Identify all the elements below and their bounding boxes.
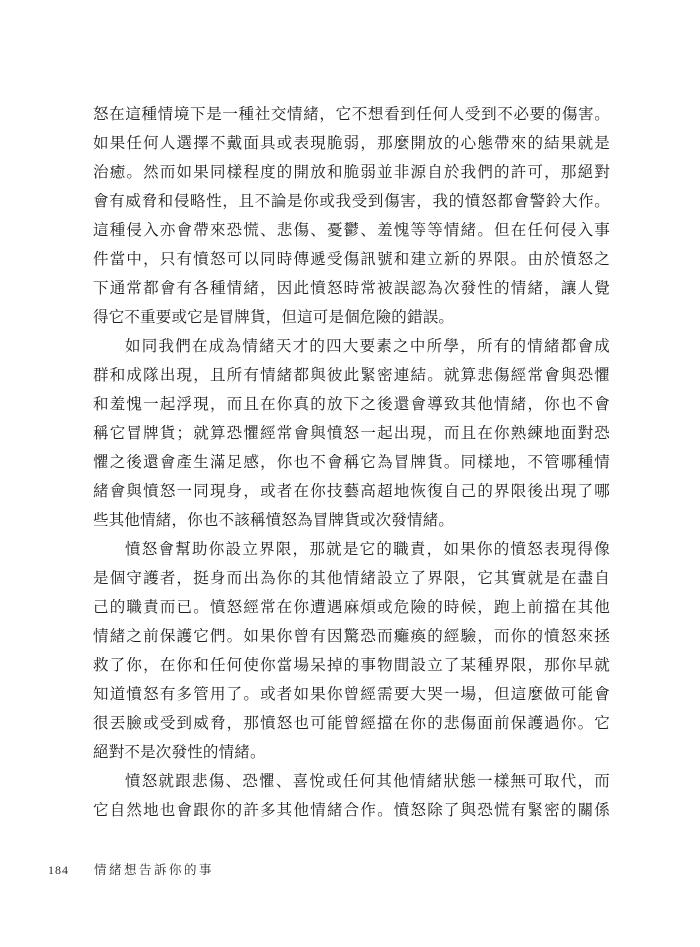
body-line-22: 很丟臉或受到威脅，那憤怒也可能曾經擋在你的悲傷面前保護過你。它 bbox=[93, 709, 610, 738]
page-footer: 184 情緒想告訴你的事 bbox=[0, 862, 700, 882]
body-line-16: 憤怒會幫助你設立界限，那就是它的職責，如果你的憤怒表現得像 bbox=[93, 535, 610, 564]
body-line-25: 它自然地也會跟你的許多其他情緒合作。憤怒除了與恐慌有緊密的關係 bbox=[93, 796, 610, 825]
body-line-7: 下通常都會有各種情緒，因此憤怒時常被誤認為次發性的情緒，讓人覺 bbox=[93, 274, 610, 303]
body-line-20: 救了你，在你和任何使你當場呆掉的事物間設立了某種界限，那你早就 bbox=[93, 651, 610, 680]
page-number: 184 bbox=[48, 862, 69, 878]
body-line-10: 群和成隊出現，且所有情緒都與彼此緊密連結。就算悲傷經常會與恐懼 bbox=[93, 361, 610, 390]
body-line-23: 絕對不是次發性的情緒。 bbox=[93, 738, 610, 767]
body-line-3: 治癒。然而如果同樣程度的開放和脆弱並非源自於我們的許可，那絕對 bbox=[93, 158, 610, 187]
body-line-15: 些其他情緒，你也不該稱憤怒為冒牌貨或次發情緒。 bbox=[93, 506, 610, 535]
body-line-21: 知道憤怒有多管用了。或者如果你曾經需要大哭一場，但這麼做可能會 bbox=[93, 680, 610, 709]
body-line-6: 件當中，只有憤怒可以同時傳遞受傷訊號和建立新的界限。由於憤怒之 bbox=[93, 245, 610, 274]
body-line-9: 如同我們在成為情緒天才的四大要素之中所學，所有的情緒都會成 bbox=[93, 332, 610, 361]
body-line-5: 這種侵入亦會帶來恐慌、悲傷、憂鬱、羞愧等等情緒。但在任何侵入事 bbox=[93, 216, 610, 245]
body-line-17: 是個守護者，挺身而出為你的其他情緒設立了界限，它其實就是在盡自 bbox=[93, 564, 610, 593]
body-line-11: 和羞愧一起浮現，而且在你真的放下之後還會導致其他情緒，你也不會 bbox=[93, 390, 610, 419]
running-title: 情緒想告訴你的事 bbox=[94, 862, 214, 878]
body-line-1: 怒在這種情境下是一種社交情緒，它不想看到任何人受到不必要的傷害。 bbox=[93, 100, 610, 129]
body-text: 怒在這種情境下是一種社交情緒，它不想看到任何人受到不必要的傷害。 如果任何人選擇… bbox=[93, 100, 610, 825]
body-line-18: 己的職責而已。憤怒經常在你遭遇麻煩或危險的時候，跑上前擋在其他 bbox=[93, 593, 610, 622]
body-line-14: 緒會與憤怒一同現身，或者在你技藝高超地恢復自己的界限後出現了哪 bbox=[93, 477, 610, 506]
body-line-4: 會有威脅和侵略性，且不論是你或我受到傷害，我的憤怒都會警鈴大作。 bbox=[93, 187, 610, 216]
book-page: 怒在這種情境下是一種社交情緒，它不想看到任何人受到不必要的傷害。 如果任何人選擇… bbox=[0, 0, 700, 947]
body-line-19: 情緒之前保護它們。如果你曾有因驚恐而癱瘓的經驗，而你的憤怒來拯 bbox=[93, 622, 610, 651]
body-line-8: 得它不重要或它是冒牌貨，但這可是個危險的錯誤。 bbox=[93, 303, 610, 332]
body-line-13: 懼之後還會產生滿足感，你也不會稱它為冒牌貨。同樣地，不管哪種情 bbox=[93, 448, 610, 477]
body-line-24: 憤怒就跟悲傷、恐懼、喜悅或任何其他情緒狀態一樣無可取代，而 bbox=[93, 767, 610, 796]
body-line-12: 稱它冒牌貨；就算恐懼經常會與憤怒一起出現，而且在你熟練地面對恐 bbox=[93, 419, 610, 448]
body-line-2: 如果任何人選擇不戴面具或表現脆弱，那麼開放的心態帶來的結果就是 bbox=[93, 129, 610, 158]
